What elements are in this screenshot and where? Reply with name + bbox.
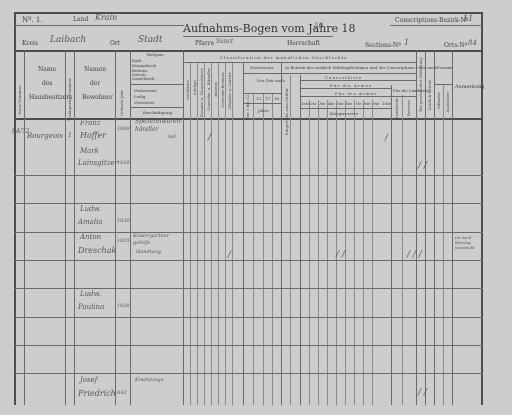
classification-header: Classification der männlichen Geschlecht… <box>220 55 347 60</box>
tally-mark: / / <box>336 250 345 260</box>
bewohner-nachname: Amalia <box>78 218 103 226</box>
col-line <box>318 100 319 405</box>
armee-year: 8te <box>364 101 371 106</box>
tally-mark: / <box>228 250 231 260</box>
col-name-besitzer-3: Hausbesitzers <box>29 94 72 101</box>
armee-line <box>300 96 416 97</box>
class-col: Bauern <box>213 82 218 97</box>
bewohner-vorname: Anton <box>80 233 101 241</box>
landwehr-col: Reserve <box>406 100 411 116</box>
fremde-header: Fremde <box>437 65 453 70</box>
col-line <box>327 100 328 405</box>
armee-line <box>300 88 391 89</box>
armee-year: 5te <box>337 101 344 106</box>
stand-row: Ledig <box>134 94 145 99</box>
col-line <box>232 62 233 405</box>
tally-mark: / <box>208 133 211 143</box>
col-line <box>391 85 392 405</box>
bewohner-vorname: Franz <box>80 119 101 127</box>
beschaeftigung-2: gehilfe <box>133 240 150 246</box>
census-form-sheet: Nº. 1. Land Krain Aufnahms-Bogen vom Jah… <box>0 0 512 415</box>
col-line <box>225 62 226 405</box>
jahre-label: Jahre <box>258 108 269 113</box>
col-line <box>281 62 282 405</box>
col-line <box>372 100 373 405</box>
stand-row: Verwitwet <box>134 100 155 105</box>
orts-label: Orts-Nº <box>444 42 467 49</box>
header-divider-right <box>390 25 482 26</box>
col-line <box>443 85 444 405</box>
col-name-besitzer-2: des <box>42 80 52 87</box>
wohnpartei-nr: 1 <box>68 132 72 139</box>
fuer-die-armee-parent: Für die Armee <box>330 83 372 88</box>
bewohner-nachname: Dreschak <box>78 246 116 255</box>
tally-mark: / / <box>418 161 427 171</box>
col-line <box>416 50 417 405</box>
title-underline <box>183 36 333 37</box>
kreis-value: Laibach <box>50 35 86 45</box>
in-betrieb-header: In Betrieb des wirklich Militärpflichtig… <box>285 65 437 70</box>
col-line <box>402 95 403 405</box>
header-divider <box>14 25 184 26</box>
tally-mark: / / <box>418 388 427 398</box>
bewohner-vorname: Ludw. <box>80 205 101 213</box>
col-line <box>263 93 264 405</box>
beschaeftigung-1: Kindsjunge <box>135 377 163 383</box>
col-line <box>65 50 66 405</box>
col-line <box>452 50 453 405</box>
col-line <box>300 75 301 405</box>
geburtsjahr: 1830 <box>117 218 130 224</box>
class-header-line <box>183 62 416 63</box>
frame-right <box>481 12 483 405</box>
armee-year: 4te <box>328 101 335 106</box>
row-divider <box>14 260 483 261</box>
frame-left <box>14 12 16 405</box>
beschaeftigung-extra: led. <box>168 134 177 140</box>
col-line <box>24 50 25 405</box>
ort-label: Ort <box>110 40 120 47</box>
tally-mark: / <box>385 133 388 143</box>
col-name-bewohner-1: Namen <box>84 66 106 73</box>
landwehr-col: Landwehr <box>394 98 399 118</box>
armee-year: 1ste <box>301 101 310 106</box>
fremde-col: Ausländer <box>445 92 450 113</box>
table-top <box>14 50 483 52</box>
col-line <box>309 100 310 405</box>
col-name-besitzer-1: Name <box>38 66 56 73</box>
row-divider <box>14 373 483 374</box>
bewohner-vorname: Josef <box>80 376 97 384</box>
col-line <box>253 93 254 405</box>
beschaeftigung-2: händler <box>135 126 158 133</box>
col-line <box>354 100 355 405</box>
col-line <box>183 50 184 405</box>
col-geburtsjahr: Geburts-Jahr <box>119 90 124 116</box>
class-col: Gewerbs- u. Künstler <box>206 68 211 111</box>
nachwuchs-sub: Der Zeit nach <box>257 78 285 83</box>
sections-value: 1 <box>404 38 409 47</box>
religion-header: Religion <box>147 52 164 57</box>
col-line <box>434 50 435 405</box>
col-line <box>290 75 291 405</box>
conscribirte-header: Conscribirte <box>325 75 362 80</box>
kriegsreserve: Kriegsreserve <box>330 111 358 116</box>
beschaeftigung-3: Handlung <box>136 249 161 255</box>
armee-year: 3te <box>319 101 326 106</box>
col-line <box>211 62 212 405</box>
geburtsjahr: 1838 <box>117 303 130 309</box>
conscription-label: Conscriptions-Bezirk-Nº <box>395 17 469 24</box>
col-line <box>204 62 205 405</box>
col-beschaeftigung: Beschäftigung <box>143 110 172 115</box>
beschaeftigung-1: Kindergärtner <box>133 233 169 239</box>
col-haus-nummer: Haus-Nummer <box>17 85 22 115</box>
hausbesitzer-name: Bourgeois <box>27 132 63 140</box>
kreis-label: Kreis <box>22 40 38 47</box>
row-divider <box>14 203 483 204</box>
armee-year: 9te <box>373 101 380 106</box>
row-divider <box>14 288 483 289</box>
bewohner-nachname: Lainsgitzer <box>78 159 118 167</box>
col-line <box>130 50 131 405</box>
nachwuchs-year: 13 <box>256 96 261 101</box>
fuer-die-landwehr: Für die Landwehr <box>393 88 429 93</box>
nachwuchs-line <box>243 73 416 74</box>
religion-row: Israelitisch <box>132 76 155 81</box>
nachwuchs-year: 17 <box>265 96 270 101</box>
row-divider <box>14 175 483 176</box>
col-name-bewohner-3: Bewohner <box>82 94 113 101</box>
pfarre-label: Pfarre <box>195 40 214 47</box>
religion-line <box>130 84 183 85</box>
class-col: Adelige <box>192 80 197 95</box>
geburtsjahr: 1818 <box>117 160 130 166</box>
anmerkung-text: Ist nach Ratzing beurlaubt <box>455 235 481 250</box>
eingerueckt-col: Eingerückt zum Militär <box>284 88 289 135</box>
col-line <box>115 50 116 405</box>
armee-year: 2te <box>310 101 317 106</box>
beschaeftigung-1: Spezereiwaren- <box>135 118 183 125</box>
col-line <box>272 93 273 405</box>
geburtsjahr: 1835 <box>117 238 130 244</box>
armee-line <box>300 108 391 109</box>
class-col: Beamte u. Honoratioren <box>199 68 204 117</box>
orts-value: 84 <box>468 39 477 47</box>
ort-value: Stadt <box>138 35 163 45</box>
col-line <box>425 50 426 405</box>
bewohner-vorname: Mark <box>80 147 99 155</box>
armee-year: 7te <box>355 101 362 106</box>
col-line <box>243 62 244 405</box>
armee-line <box>300 80 416 81</box>
col-line <box>218 62 219 405</box>
nachwuchs-col: Von 1 bis 12 <box>245 95 250 120</box>
form-title: Aufnahms-Bogen vom Jahre 18 <box>183 22 356 35</box>
tally-mark: / / / <box>407 250 422 260</box>
armee-year: 6te <box>346 101 353 106</box>
bewohner-vorname: Ludw. <box>80 290 101 298</box>
land-value: Krain <box>95 13 117 22</box>
bewohner-nachname: Friedrich <box>78 389 116 398</box>
armee-year: 10te <box>382 101 391 106</box>
fremde-line <box>434 84 452 85</box>
geburtsjahr: 1800 <box>117 126 130 132</box>
zeitlich-befreit-col: Zeitlich befreit <box>427 80 432 110</box>
col-anmerkung: Anmerkung <box>455 84 485 90</box>
class-col: Gewerbs-Besitzer <box>220 72 225 108</box>
col-name-bewohner-2: der <box>90 80 100 87</box>
bei-gesetzl-col: Bei gesetzlicher Befreiung <box>418 58 423 112</box>
nachwuchs-header: Nachwuchs <box>250 65 274 70</box>
fremde-col: Inländer <box>436 92 441 109</box>
geburtsjahr: 1842 <box>114 390 127 396</box>
col-wohnpartei: Wohnpartei-Nummer <box>67 78 72 121</box>
bewohner-nachname: Hoffer <box>80 131 106 140</box>
number-label: Nº. 1. <box>22 16 43 24</box>
row-divider <box>14 317 483 318</box>
herrschaft-label: Herrschaft <box>287 40 320 47</box>
nachwuchs-line <box>243 93 281 94</box>
col-line <box>74 50 75 405</box>
frame-top <box>14 12 483 14</box>
col-line <box>345 100 346 405</box>
pfarre-value: Sanct <box>216 38 233 45</box>
religion-line <box>130 107 183 108</box>
class-col: Geistliche <box>185 80 190 100</box>
year-value: 50 <box>314 22 323 30</box>
stand-row: Verheiratet <box>134 88 157 93</box>
fuer-die-armee: Für die Armee <box>335 91 377 96</box>
class-col: Häusler u. Gärtler <box>227 72 232 109</box>
nachwuchs-year: 18 <box>274 96 279 101</box>
col-line <box>190 62 191 405</box>
sections-label: Sections-Nº <box>365 42 401 49</box>
col-line <box>363 100 364 405</box>
bewohner-nachname: Paulina <box>78 303 104 311</box>
col-line <box>197 62 198 405</box>
row-divider <box>14 345 483 346</box>
conscription-value: 11 <box>463 14 473 23</box>
land-label: Land <box>73 16 88 23</box>
